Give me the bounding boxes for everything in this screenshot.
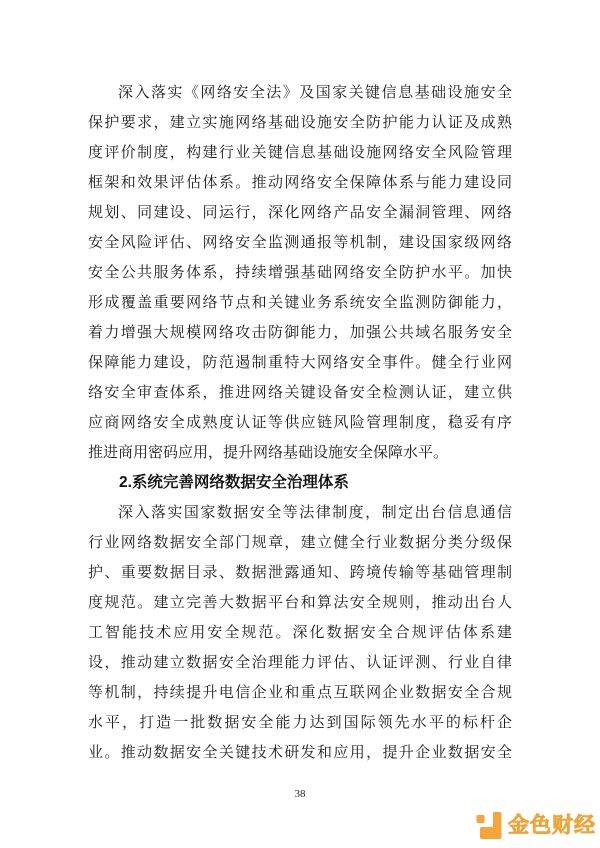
text-line: 着力增强大规模网络攻击防御能力，加强公共域名服务安全 bbox=[88, 318, 512, 348]
text-line: 保护要求，建立实施网络基础设施安全防护能力认证及成熟 bbox=[88, 108, 512, 138]
text-line: 度评价制度，构建行业关键信息基础设施网络安全风险管理 bbox=[88, 138, 512, 168]
text-line: 深入落实国家数据安全等法律制度，制定出台信息通信 bbox=[88, 498, 512, 528]
body-text-block: 深入落实《网络安全法》及国家关键信息基础设施安全保护要求，建立实施网络基础设施安… bbox=[88, 78, 512, 768]
paragraph-data-security-governance: 深入落实国家数据安全等法律制度，制定出台信息通信行业网络数据安全部门规章，建立健… bbox=[88, 498, 512, 768]
section-heading-data-security: 2.系统完善网络数据安全治理体系 bbox=[88, 468, 512, 498]
text-line: 形成覆盖重要网络节点和关键业务系统安全监测防御能力， bbox=[88, 288, 512, 318]
text-line: 等机制，持续提升电信企业和重点互联网企业数据安全合规 bbox=[88, 678, 512, 708]
text-line: 安全风险评估、网络安全监测通报等机制，建设国家级网络 bbox=[88, 228, 512, 258]
text-line: 框架和效果评估体系。推动网络安全保障体系与能力建设同 bbox=[88, 168, 512, 198]
text-line: 工智能技术应用安全规范。深化数据安全合规评估体系建 bbox=[88, 618, 512, 648]
text-line: 业。推动数据安全关键技术研发和应用，提升企业数据安全 bbox=[88, 738, 512, 768]
text-line: 度规范。建立完善大数据平台和算法安全规则，推动出台人 bbox=[88, 588, 512, 618]
text-line: 设，推动建立数据安全治理能力评估、认证评测、行业自律 bbox=[88, 648, 512, 678]
watermark-text: 金色财经 bbox=[508, 811, 596, 840]
text-line: 应商网络安全成熟度认证等供应链风险管理制度，稳妥有序 bbox=[88, 408, 512, 438]
jinse-finance-watermark: 金色财经 bbox=[475, 811, 596, 840]
text-line: 深入落实《网络安全法》及国家关键信息基础设施安全 bbox=[88, 78, 512, 108]
logo-small-square bbox=[477, 815, 485, 823]
text-line: 络安全审查体系，推进网络关键设备安全检测认证，建立供 bbox=[88, 378, 512, 408]
text-line: 安全公共服务体系，持续增强基础网络安全防护水平。加快 bbox=[88, 258, 512, 288]
text-line: 护、重要数据目录、数据泄露通知、跨境传输等基础管理制 bbox=[88, 558, 512, 588]
text-line: 规划、同建设、同运行，深化网络产品安全漏洞管理、网络 bbox=[88, 198, 512, 228]
page-number: 38 bbox=[0, 788, 600, 800]
paragraph-network-infrastructure-security: 深入落实《网络安全法》及国家关键信息基础设施安全保护要求，建立实施网络基础设施安… bbox=[88, 78, 512, 468]
jinse-finance-logo-icon bbox=[475, 811, 502, 840]
text-line: 推进商用密码应用，提升网络基础设施安全保障水平。 bbox=[88, 438, 512, 468]
document-page: 深入落实《网络安全法》及国家关键信息基础设施安全保护要求，建立实施网络基础设施安… bbox=[0, 0, 600, 848]
text-line: 保障能力建设，防范遏制重特大网络安全事件。健全行业网 bbox=[88, 348, 512, 378]
logo-foot-block bbox=[480, 827, 496, 839]
text-line: 水平，打造一批数据安全能力达到国际领先水平的标杆企 bbox=[88, 708, 512, 738]
text-line: 行业网络数据安全部门规章，建立健全行业数据分类分级保 bbox=[88, 528, 512, 558]
